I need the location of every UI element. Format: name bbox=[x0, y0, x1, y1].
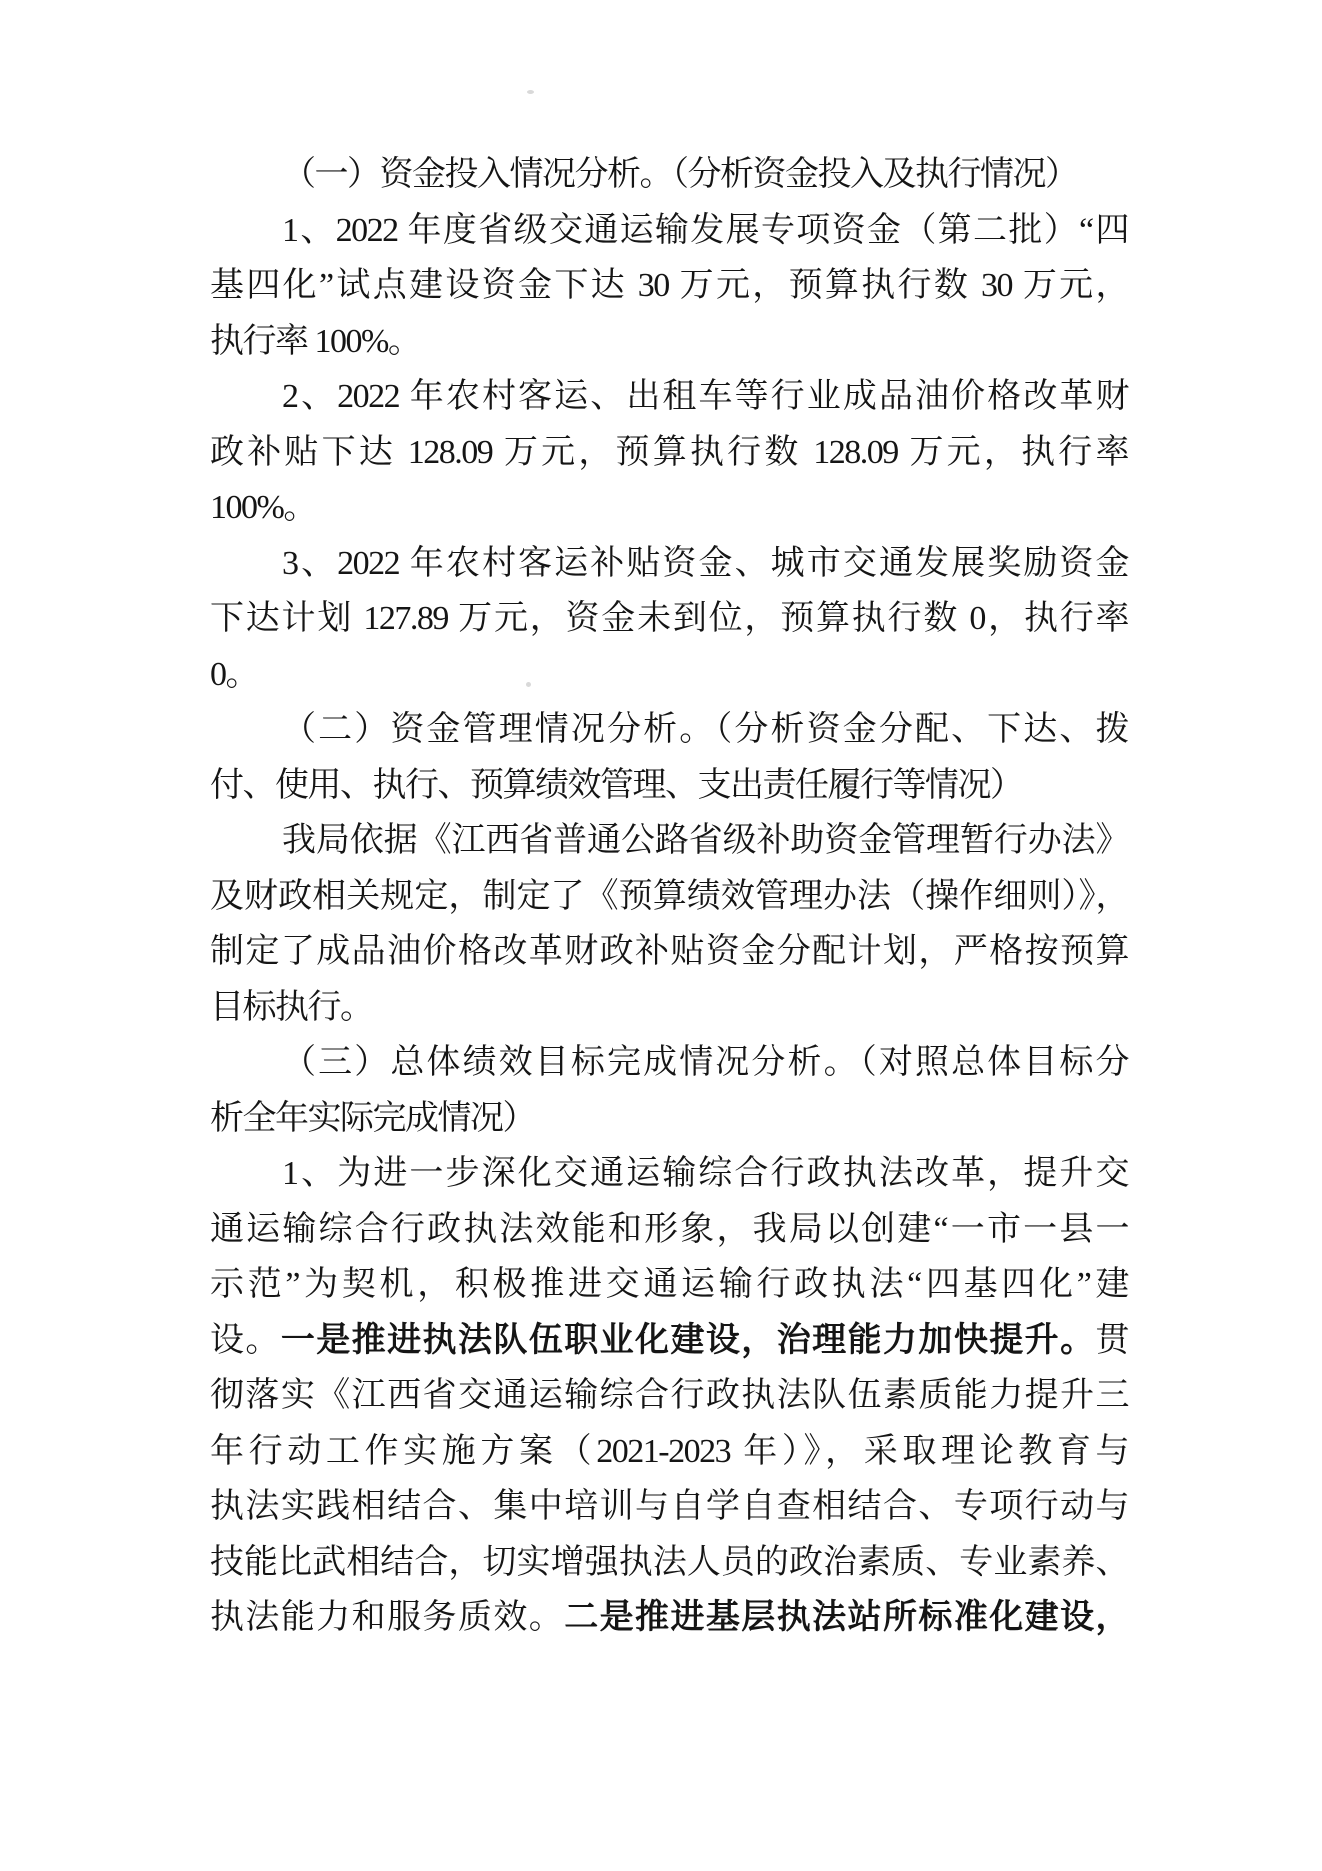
text-line: 2、2022 年农村客运、出租车等行业成品油价格改革财 bbox=[210, 369, 1128, 425]
text-line: 年行动工作实施方案（2021-2023 年）》，采取理论教育与 bbox=[210, 1424, 1128, 1480]
text-line: 彻落实《江西省交通运输综合行政执法队伍素质能力提升三 bbox=[210, 1368, 1128, 1424]
text-segment: 设。 bbox=[210, 1322, 281, 1359]
section-heading-line: （二）资金管理情况分析。（分析资金分配、下达、拨 bbox=[210, 702, 1128, 758]
text-line: 技能比武相结合，切实增强执法人员的政治素质、专业素养、 bbox=[210, 1535, 1128, 1591]
text-line: 执法实践相结合、集中培训与自学自查相结合、专项行动与 bbox=[210, 1479, 1128, 1535]
text-line: 执法能力和服务质效。二是推进基层执法站所标准化建设， bbox=[210, 1590, 1128, 1646]
text-line: 0。 bbox=[210, 647, 1128, 703]
bold-emphasis-segment: 一是推进执法队伍职业化建设，治理能力加快提升。 bbox=[281, 1321, 1096, 1359]
bold-emphasis-segment: 二是推进基层执法站所标准化建设， bbox=[564, 1598, 1128, 1636]
text-line: 3、2022 年农村客运补贴资金、城市交通发展奖励资金 bbox=[210, 536, 1128, 592]
text-line: 1、为进一步深化交通运输综合行政执法改革，提升交 bbox=[210, 1146, 1128, 1202]
document-page: （一）资金投入情况分析。（分析资金投入及执行情况） 1、2022 年度省级交通运… bbox=[0, 0, 1322, 1871]
text-line: 政补贴下达 128.09 万元，预算执行数 128.09 万元，执行率 bbox=[210, 425, 1128, 481]
text-segment: 执法能力和服务质效。 bbox=[210, 1599, 564, 1636]
text-line: 设。一是推进执法队伍职业化建设，治理能力加快提升。贯 bbox=[210, 1313, 1128, 1369]
text-line: 我局依据《江西省普通公路省级补助资金管理暂行办法》 bbox=[210, 813, 1128, 869]
section-heading-line: （一）资金投入情况分析。（分析资金投入及执行情况） bbox=[210, 147, 1128, 203]
text-line: 执行率 100%。 bbox=[210, 314, 1128, 370]
text-line: 析全年实际完成情况） bbox=[210, 1091, 1128, 1147]
scan-artifact-dot bbox=[526, 682, 531, 687]
section-heading-line: （三）总体绩效目标完成情况分析。（对照总体目标分 bbox=[210, 1035, 1128, 1091]
scan-artifact-dot bbox=[527, 90, 534, 94]
text-line: 及财政相关规定，制定了《预算绩效管理办法（操作细则）》， bbox=[210, 869, 1128, 925]
text-line: 付、使用、执行、预算绩效管理、支出责任履行等情况） bbox=[210, 758, 1128, 814]
text-line: 通运输综合行政执法效能和形象，我局以创建“一市一县一 bbox=[210, 1202, 1128, 1258]
text-segment: 贯 bbox=[1096, 1322, 1129, 1359]
text-line: 下达计划 127.89 万元，资金未到位，预算执行数 0，执行率 bbox=[210, 591, 1128, 647]
text-line: 100%。 bbox=[210, 480, 1128, 536]
text-line: 1、2022 年度省级交通运输发展专项资金（第二批）“四 bbox=[210, 203, 1128, 259]
text-line: 示范”为契机，积极推进交通运输行政执法“四基四化”建 bbox=[210, 1257, 1128, 1313]
text-line: 制定了成品油价格改革财政补贴资金分配计划，严格按预算 bbox=[210, 924, 1128, 980]
text-line: 目标执行。 bbox=[210, 980, 1128, 1036]
text-line: 基四化”试点建设资金下达 30 万元，预算执行数 30 万元， bbox=[210, 258, 1128, 314]
